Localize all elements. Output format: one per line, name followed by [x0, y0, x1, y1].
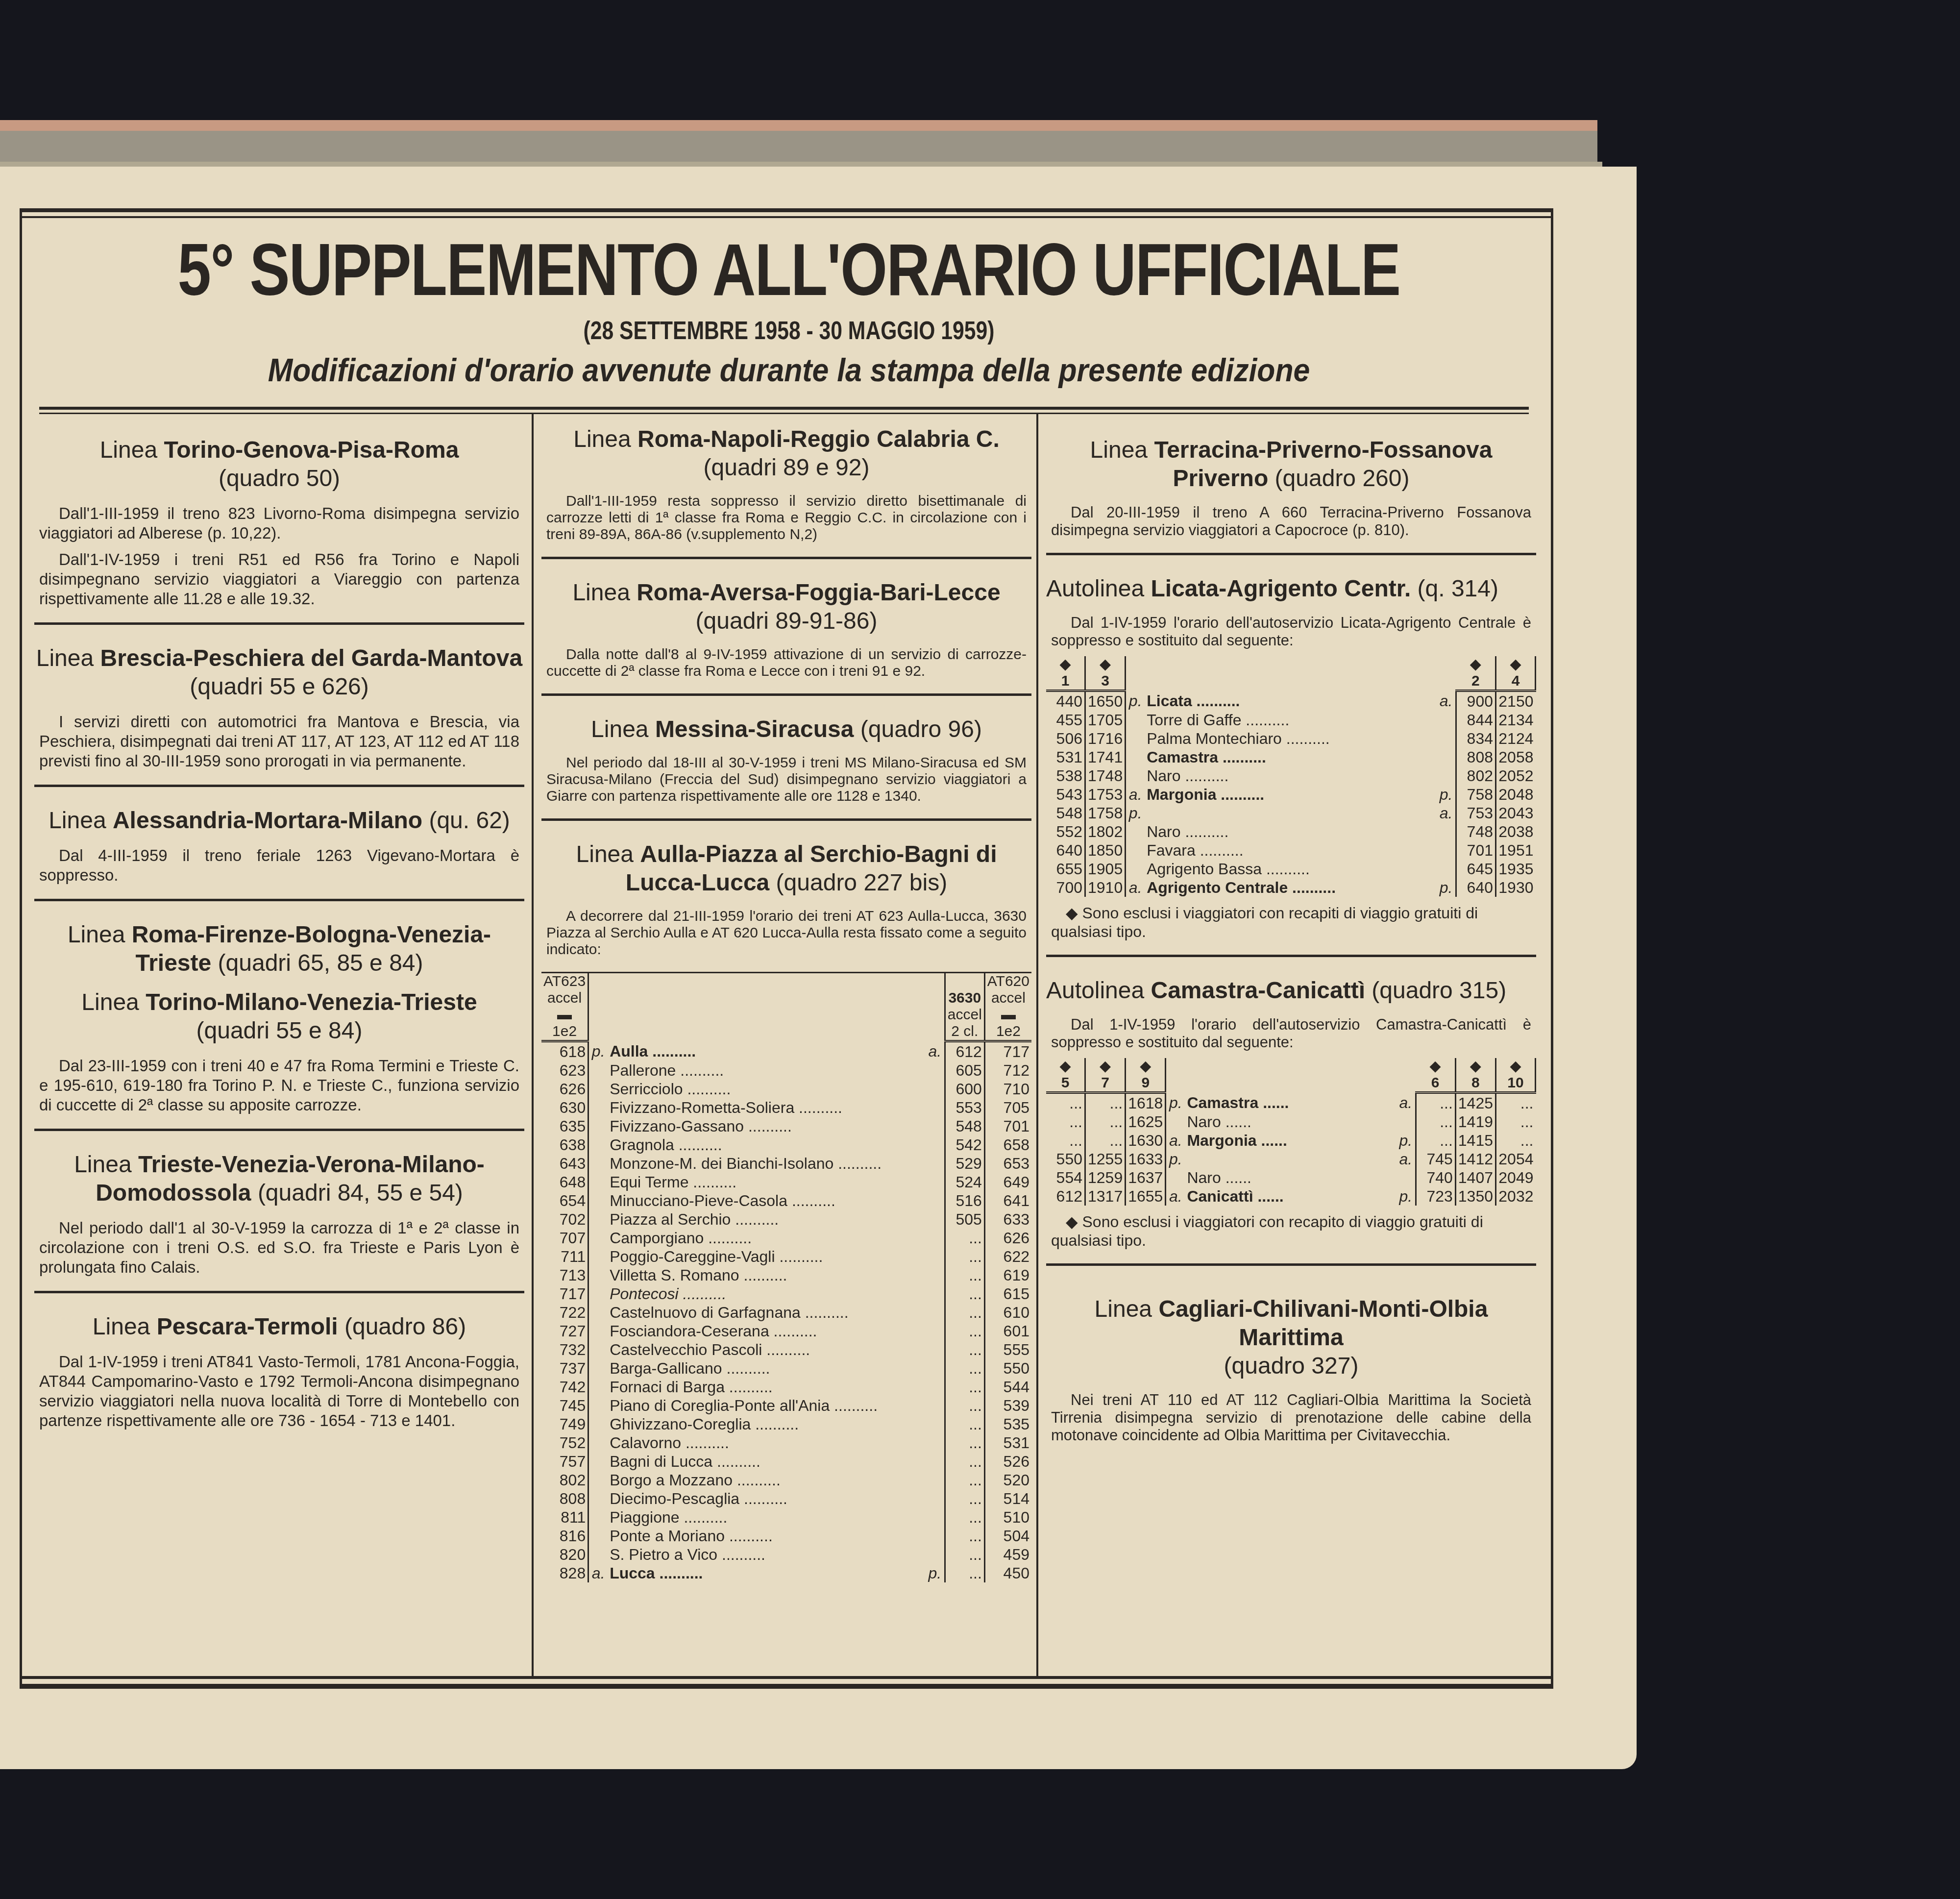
marker-cell [926, 1191, 945, 1210]
station-name: Piano di Coreglia-Ponte all'Ania .......… [608, 1396, 926, 1415]
table-row: 7001910a.Agrigento Centrale ..........p.… [1046, 878, 1536, 897]
time-cell: ... [945, 1415, 984, 1433]
time-cell: 1905 [1085, 860, 1126, 878]
time-cell: 548 [945, 1117, 984, 1135]
marker-cell [926, 1433, 945, 1452]
notice-section: Autolinea Camastra-Canicattì (quadro 315… [1046, 977, 1536, 1266]
timetable-header: ◆5◆7◆9◆6◆8◆10 [1046, 1058, 1536, 1093]
marker-cell [926, 1545, 945, 1564]
table-row: 626Serricciolo ..........600710 [541, 1080, 1031, 1098]
station-name: Favara .......... [1145, 841, 1437, 860]
time-cell: 701 [984, 1117, 1031, 1135]
time-cell: 834 [1456, 729, 1496, 748]
notice-section: Linea Brescia-Peschiera del Garda-Mantov… [34, 644, 524, 787]
train-header-at620: AT620accel▬1e2 [984, 973, 1031, 1041]
section-rule [34, 1129, 524, 1131]
marker-cell: p. [1396, 1131, 1416, 1150]
marker-cell [1126, 729, 1145, 748]
document-title: 5° SUPPLEMENTO ALL'ORARIO UFFICIALE [166, 230, 1412, 309]
document-tagline: Modificazioni d'orario avvenute durante … [90, 348, 1488, 392]
table-row: 618p.Aulla ..........a.612717 [541, 1041, 1031, 1061]
section-text: A decorrere dal 21-III-1959 l'orario dei… [546, 908, 1027, 958]
time-cell: 1412 [1455, 1150, 1495, 1168]
time-cell: 1748 [1085, 766, 1126, 785]
time-cell: ... [945, 1247, 984, 1266]
railcar-icon: ▬ [557, 1007, 572, 1023]
station-name: Borgo a Mozzano .......... [608, 1471, 926, 1489]
table-row: 61213171655a.Canicattì ......p.723135020… [1046, 1187, 1536, 1206]
table-row: 808Diecimo-Pescaglia .............514 [541, 1489, 1031, 1508]
train-number-header: ◆2 [1456, 656, 1496, 691]
station-name: Serricciolo .......... [608, 1080, 926, 1098]
time-cell: 655 [1046, 860, 1085, 878]
time-cell: 717 [541, 1284, 588, 1303]
section-rule [1046, 1263, 1536, 1266]
time-cell: 808 [1456, 748, 1496, 766]
time-cell: ... [945, 1284, 984, 1303]
time-cell: 548 [1046, 804, 1085, 822]
table-row: 707Camporgiano .............626 [541, 1229, 1031, 1247]
marker-cell [1437, 766, 1456, 785]
time-cell: ... [1085, 1131, 1126, 1150]
marker-cell [588, 1471, 608, 1489]
marker-cell [926, 1247, 945, 1266]
station-name: Naro ...... [1185, 1168, 1396, 1187]
table-row: 5431753a.Margonia ..........p.7582048 [1046, 785, 1536, 804]
train-number-header: ◆3 [1085, 656, 1126, 691]
marker-cell: p. [1437, 878, 1456, 897]
station-name: Pallerone .......... [608, 1061, 926, 1080]
time-cell: 1716 [1085, 729, 1126, 748]
time-cell: 742 [541, 1378, 588, 1396]
time-cell: 538 [1046, 766, 1085, 785]
train-number-header: ◆6 [1416, 1058, 1455, 1093]
time-cell: 701 [1456, 841, 1496, 860]
section-rule [34, 622, 524, 625]
time-cell: 623 [541, 1061, 588, 1080]
time-cell: 2134 [1496, 711, 1536, 729]
marker-cell: a. [1437, 804, 1456, 822]
time-cell: 2058 [1496, 748, 1536, 766]
marker-cell: a. [588, 1564, 608, 1582]
time-cell: 601 [984, 1322, 1031, 1340]
station-name: Piaggione .......... [608, 1508, 926, 1527]
marker-cell [588, 1135, 608, 1154]
table-row: 5381748Naro ..........8022052 [1046, 766, 1536, 785]
marker-cell: p. [1166, 1093, 1185, 1113]
table-row: 752Calavorno .............531 [541, 1433, 1031, 1452]
time-cell: 643 [541, 1154, 588, 1173]
time-cell: 648 [541, 1173, 588, 1191]
time-cell: 713 [541, 1266, 588, 1284]
train-number-header: ◆9 [1126, 1058, 1166, 1093]
column-right: Linea Terracina-Priverno-Fossanova Prive… [1046, 417, 1536, 1451]
time-cell: ... [1046, 1112, 1085, 1131]
table-row: 623Pallerone ..........605712 [541, 1061, 1031, 1080]
time-cell: 1802 [1085, 822, 1126, 841]
time-cell: 1630 [1126, 1131, 1166, 1150]
marker-cell [926, 1340, 945, 1359]
table-row: 742Fornaci di Barga .............544 [541, 1378, 1031, 1396]
section-title: Autolinea Camastra-Canicattì (quadro 315… [1046, 977, 1536, 1005]
marker-cell [588, 1545, 608, 1564]
marker-cell [1126, 711, 1145, 729]
table-row: ......1630a.Margonia ......p....1415... [1046, 1131, 1536, 1150]
station-name: Piazza al Serchio .......... [608, 1210, 926, 1229]
notice-section: Linea Torino-Genova-Pisa-Roma(quadro 50)… [34, 436, 524, 625]
marker-cell [1126, 766, 1145, 785]
section-title: Linea Brescia-Peschiera del Garda-Mantov… [34, 644, 524, 701]
time-cell: 758 [1456, 785, 1496, 804]
marker-cell: a. [1437, 691, 1456, 711]
table-row: 802Borgo a Mozzano .............520 [541, 1471, 1031, 1489]
table-row: 5481758p.a.7532043 [1046, 804, 1536, 822]
train-number-header: ◆1 [1046, 656, 1085, 691]
marker-cell [588, 1378, 608, 1396]
time-cell: 1425 [1455, 1093, 1495, 1113]
marker-cell [588, 1098, 608, 1117]
section-text: Dal 4-III-1959 il treno feriale 1263 Vig… [39, 846, 519, 885]
marker-cell [926, 1173, 945, 1191]
time-cell: 723 [1416, 1187, 1455, 1206]
time-cell: 1741 [1085, 748, 1126, 766]
section-text: Dal 1-IV-1959 l'orario dell'autoservizio… [1051, 614, 1531, 649]
time-cell: 1255 [1085, 1150, 1126, 1168]
section-rule [1046, 955, 1536, 957]
table-row: 722Castelnuovo di Garfagnana ...........… [541, 1303, 1031, 1322]
section-title: Linea Roma-Firenze-Bologna-Venezia-Tries… [34, 921, 524, 978]
time-cell: 2048 [1496, 785, 1536, 804]
station-name: Licata .......... [1145, 691, 1437, 711]
table-row: 757Bagni di Lucca .............526 [541, 1452, 1031, 1471]
station-name: Minucciano-Pieve-Casola .......... [608, 1191, 926, 1210]
time-cell: 753 [1456, 804, 1496, 822]
marker-cell [588, 1117, 608, 1135]
notice-section: Linea Roma-Napoli-Reggio Calabria C.(qua… [541, 425, 1031, 559]
section-rule [541, 693, 1031, 696]
marker-cell [1126, 841, 1145, 860]
header-rule [39, 407, 1529, 414]
time-cell: 711 [541, 1247, 588, 1266]
marker-cell [1437, 841, 1456, 860]
section-text: Dal 1-IV-1959 l'orario dell'autoservizio… [1051, 1016, 1531, 1051]
time-cell: 612 [945, 1041, 984, 1061]
section-rule [1046, 553, 1536, 555]
marker-cell [926, 1098, 945, 1117]
time-cell: 542 [945, 1135, 984, 1154]
notice-section: Linea Messina-Siracusa (quadro 96) Nel p… [541, 715, 1031, 821]
time-cell: 638 [541, 1135, 588, 1154]
marker-cell [1166, 1168, 1185, 1187]
time-cell: 658 [984, 1135, 1031, 1154]
station-name: Naro .......... [1145, 822, 1437, 841]
time-cell: ... [1085, 1112, 1126, 1131]
marker-cell: p. [588, 1041, 608, 1061]
time-cell: 626 [984, 1229, 1031, 1247]
marker-cell [1126, 748, 1145, 766]
marker-cell [926, 1210, 945, 1229]
marker-cell [588, 1527, 608, 1545]
station-name: Canicattì ...... [1185, 1187, 1396, 1206]
timetable-header: AT623accel▬1e2 3630accel2 cl. AT620accel… [541, 973, 1031, 1041]
time-cell: 526 [984, 1452, 1031, 1471]
marker-cell [588, 1266, 608, 1284]
station-name: Agrigento Centrale .......... [1145, 878, 1437, 897]
marker-cell: a. [1396, 1150, 1416, 1168]
station-name: Lucca .......... [608, 1564, 926, 1582]
time-cell: ... [945, 1452, 984, 1471]
marker-cell [588, 1061, 608, 1080]
time-cell: 727 [541, 1322, 588, 1340]
section-title: Linea Roma-Aversa-Foggia-Bari-Lecce(quad… [541, 579, 1031, 636]
time-cell: ... [945, 1508, 984, 1527]
time-cell: 737 [541, 1359, 588, 1378]
station-name: Castelnuovo di Garfagnana .......... [608, 1303, 926, 1322]
time-cell: ... [1416, 1112, 1455, 1131]
time-cell: ... [945, 1471, 984, 1489]
timetable-camastra-canicatti: ◆5◆7◆9◆6◆8◆10......1618p.Camastra ......… [1046, 1058, 1536, 1206]
time-cell: 1407 [1455, 1168, 1495, 1187]
timetable-aulla-lucca: AT623accel▬1e2 3630accel2 cl. AT620accel… [541, 973, 1031, 1582]
section-title: Linea Torino-Milano-Venezia-Trieste(quad… [34, 988, 524, 1045]
time-cell: 544 [984, 1378, 1031, 1396]
diamond-icon: ◆ [1066, 904, 1078, 922]
time-cell: 717 [984, 1041, 1031, 1061]
time-cell: ... [945, 1303, 984, 1322]
marker-cell [926, 1284, 945, 1303]
table-row: 711Poggio-Careggine-Vagli .............6… [541, 1247, 1031, 1266]
time-cell: ... [1416, 1093, 1455, 1113]
time-cell: 554 [1046, 1168, 1085, 1187]
time-cell: 1625 [1126, 1112, 1166, 1131]
time-cell: ... [1046, 1131, 1085, 1150]
station-name: S. Pietro a Vico .......... [608, 1545, 926, 1564]
station-name: Castelvecchio Pascoli .......... [608, 1340, 926, 1359]
station-name: Fosciandora-Ceserana .......... [608, 1322, 926, 1340]
marker-cell [588, 1340, 608, 1359]
column-middle: Linea Roma-Napoli-Reggio Calabria C.(qua… [541, 417, 1031, 1582]
table-row: 643Monzone-M. dei Bianchi-Isolano ......… [541, 1154, 1031, 1173]
time-cell: 550 [984, 1359, 1031, 1378]
marker-cell [1396, 1112, 1416, 1131]
marker-cell [588, 1173, 608, 1191]
time-cell: 816 [541, 1527, 588, 1545]
table-row: 745Piano di Coreglia-Ponte all'Ania ....… [541, 1396, 1031, 1415]
time-cell: 529 [945, 1154, 984, 1173]
station-name: Camastra .......... [1145, 748, 1437, 766]
time-cell: 2150 [1496, 691, 1536, 711]
section-title: Linea Roma-Napoli-Reggio Calabria C.(qua… [541, 425, 1031, 482]
table-row: 4551705Torre di Gaffe ..........8442134 [1046, 711, 1536, 729]
station-name [1145, 804, 1437, 822]
marker-cell [1437, 729, 1456, 748]
marker-cell [926, 1061, 945, 1080]
table-row: 816Ponte a Moriano .............504 [541, 1527, 1031, 1545]
time-cell: 645 [1456, 860, 1496, 878]
section-text: Dall'1-III-1959 il treno 823 Livorno-Rom… [39, 504, 519, 543]
time-cell: 900 [1456, 691, 1496, 711]
section-title: Autolinea Licata-Agrigento Centr. (q. 31… [1046, 575, 1536, 603]
marker-cell [588, 1322, 608, 1340]
time-cell: 641 [984, 1191, 1031, 1210]
table-row: 717Pontecosi .............615 [541, 1284, 1031, 1303]
time-cell: 820 [541, 1545, 588, 1564]
table-row: 630Fivizzano-Rometta-Soliera ..........5… [541, 1098, 1031, 1117]
time-cell: 752 [541, 1433, 588, 1452]
time-cell: 2043 [1496, 804, 1536, 822]
time-cell: 633 [984, 1210, 1031, 1229]
station-name [1185, 1150, 1396, 1168]
time-cell: 459 [984, 1545, 1031, 1564]
section-rule [34, 1291, 524, 1293]
time-cell: 531 [984, 1433, 1031, 1452]
section-title: Linea Alessandria-Mortara-Milano (qu. 62… [34, 807, 524, 835]
station-name: Diecimo-Pescaglia .......... [608, 1489, 926, 1508]
time-cell: 2049 [1496, 1168, 1536, 1187]
station-name: Palma Montechiaro .......... [1145, 729, 1437, 748]
time-cell: 455 [1046, 711, 1085, 729]
marker-cell [926, 1229, 945, 1247]
time-cell: ... [945, 1266, 984, 1284]
time-cell: 1951 [1496, 841, 1536, 860]
section-text: Dalla notte dall'8 al 9-IV-1959 attivazi… [546, 646, 1027, 680]
header-spacer [1166, 1058, 1416, 1093]
time-cell: 2032 [1496, 1187, 1536, 1206]
time-cell: 505 [945, 1210, 984, 1229]
time-cell: 553 [945, 1098, 984, 1117]
time-cell: 740 [1416, 1168, 1455, 1187]
marker-cell: p. [1437, 785, 1456, 804]
marker-cell [588, 1080, 608, 1098]
time-cell: 844 [1456, 711, 1496, 729]
station-name: Ponte a Moriano .......... [608, 1527, 926, 1545]
marker-cell [1437, 822, 1456, 841]
time-cell: ... [945, 1322, 984, 1340]
table-row: 713Villetta S. Romano .............619 [541, 1266, 1031, 1284]
marker-cell: a. [1166, 1131, 1185, 1150]
marker-cell: a. [1396, 1093, 1416, 1113]
time-cell: ... [1085, 1093, 1126, 1113]
time-cell: 531 [1046, 748, 1085, 766]
table-row: ......1618p.Camastra ......a....1425... [1046, 1093, 1536, 1113]
marker-cell [588, 1247, 608, 1266]
marker-cell [926, 1154, 945, 1173]
section-title: Linea Pescara-Termoli (quadro 86) [34, 1313, 524, 1341]
time-cell: ... [945, 1340, 984, 1359]
station-name: Margonia .......... [1145, 785, 1437, 804]
time-cell: 450 [984, 1564, 1031, 1582]
time-cell: 1753 [1085, 785, 1126, 804]
section-text: Dal 23-III-1959 con i treni 40 e 47 fra … [39, 1056, 519, 1115]
timetable-header: ◆1◆3◆2◆4 [1046, 656, 1536, 691]
section-text: Nel periodo dall'1 al 30-V-1959 la carro… [39, 1218, 519, 1277]
time-cell: 600 [945, 1080, 984, 1098]
station-name: Poggio-Careggine-Vagli .......... [608, 1247, 926, 1266]
marker-cell [926, 1378, 945, 1396]
station-name: Camporgiano .......... [608, 1229, 926, 1247]
section-rule [34, 785, 524, 787]
marker-cell [926, 1322, 945, 1340]
marker-cell [588, 1191, 608, 1210]
table-row: 811Piaggione .............510 [541, 1508, 1031, 1527]
section-title: Linea Terracina-Priverno-Fossanova Prive… [1046, 436, 1536, 493]
time-cell: ... [1046, 1093, 1085, 1113]
marker-cell [1437, 748, 1456, 766]
section-title: Linea Aulla-Piazza al Serchio-Bagni di L… [541, 840, 1031, 897]
time-cell: 811 [541, 1508, 588, 1527]
marker-cell [926, 1117, 945, 1135]
time-cell: 757 [541, 1452, 588, 1471]
time-cell: 1705 [1085, 711, 1126, 729]
table-row: 828a.Lucca ..........p....450 [541, 1564, 1031, 1582]
time-cell: 619 [984, 1266, 1031, 1284]
time-cell: 710 [984, 1080, 1031, 1098]
time-cell: 1419 [1455, 1112, 1495, 1131]
time-cell: 440 [1046, 691, 1085, 711]
time-cell: 808 [541, 1489, 588, 1508]
time-cell: ... [945, 1564, 984, 1582]
marker-cell [926, 1266, 945, 1284]
marker-cell [926, 1135, 945, 1154]
time-cell: 605 [945, 1061, 984, 1080]
marker-cell [926, 1359, 945, 1378]
station-name: Agrigento Bassa .......... [1145, 860, 1437, 878]
time-cell: 552 [1046, 822, 1085, 841]
marker-cell: p. [1126, 804, 1145, 822]
time-cell: 506 [1046, 729, 1085, 748]
document-period: (28 SETTEMBRE 1958 - 30 MAGGIO 1959) [166, 314, 1412, 348]
marker-cell [926, 1489, 945, 1508]
marker-cell [1437, 711, 1456, 729]
time-cell: 640 [1046, 841, 1085, 860]
time-cell: 1637 [1126, 1168, 1166, 1187]
marker-cell [1126, 822, 1145, 841]
notice-section: Linea Roma-Firenze-Bologna-Venezia-Tries… [34, 921, 524, 1131]
section-text: I servizi diretti con automotrici fra Ma… [39, 712, 519, 771]
station-name: Ghivizzano-Coreglia .......... [608, 1415, 926, 1433]
page-stack-edge [0, 120, 1597, 164]
time-cell: ... [945, 1396, 984, 1415]
time-cell: 516 [945, 1191, 984, 1210]
time-cell: 520 [984, 1471, 1031, 1489]
section-title: Linea Torino-Genova-Pisa-Roma(quadro 50) [34, 436, 524, 493]
station-name: Fivizzano-Rometta-Soliera .......... [608, 1098, 926, 1117]
column-divider [1036, 414, 1038, 1678]
station-name: Bagni di Lucca .......... [608, 1452, 926, 1471]
section-text: Dall'1-IV-1959 i treni R51 ed R56 fra To… [39, 550, 519, 609]
station-name: Aulla .......... [608, 1041, 926, 1061]
timetable-licata-agrigento: ◆1◆3◆2◆44401650p.Licata ..........a.9002… [1046, 656, 1536, 897]
station-name: Naro .......... [1145, 766, 1437, 785]
section-rule [34, 899, 524, 901]
time-cell: 1930 [1496, 878, 1536, 897]
marker-cell [1437, 860, 1456, 878]
time-cell: 649 [984, 1173, 1031, 1191]
time-cell: ... [945, 1359, 984, 1378]
train-number-header: ◆4 [1496, 656, 1536, 691]
table-row: 5311741Camastra ..........8082058 [1046, 748, 1536, 766]
table-row: 635Fivizzano-Gassano ..........548701 [541, 1117, 1031, 1135]
table-row: 702Piazza al Serchio ..........505633 [541, 1210, 1031, 1229]
time-cell: 610 [984, 1303, 1031, 1322]
time-cell: 615 [984, 1284, 1031, 1303]
time-cell: 626 [541, 1080, 588, 1098]
marker-cell [926, 1080, 945, 1098]
notice-section: Linea Roma-Aversa-Foggia-Bari-Lecce(quad… [541, 579, 1031, 696]
marker-cell: p. [1166, 1150, 1185, 1168]
station-name: Pontecosi .......... [608, 1284, 926, 1303]
marker-cell: p. [1396, 1187, 1416, 1206]
